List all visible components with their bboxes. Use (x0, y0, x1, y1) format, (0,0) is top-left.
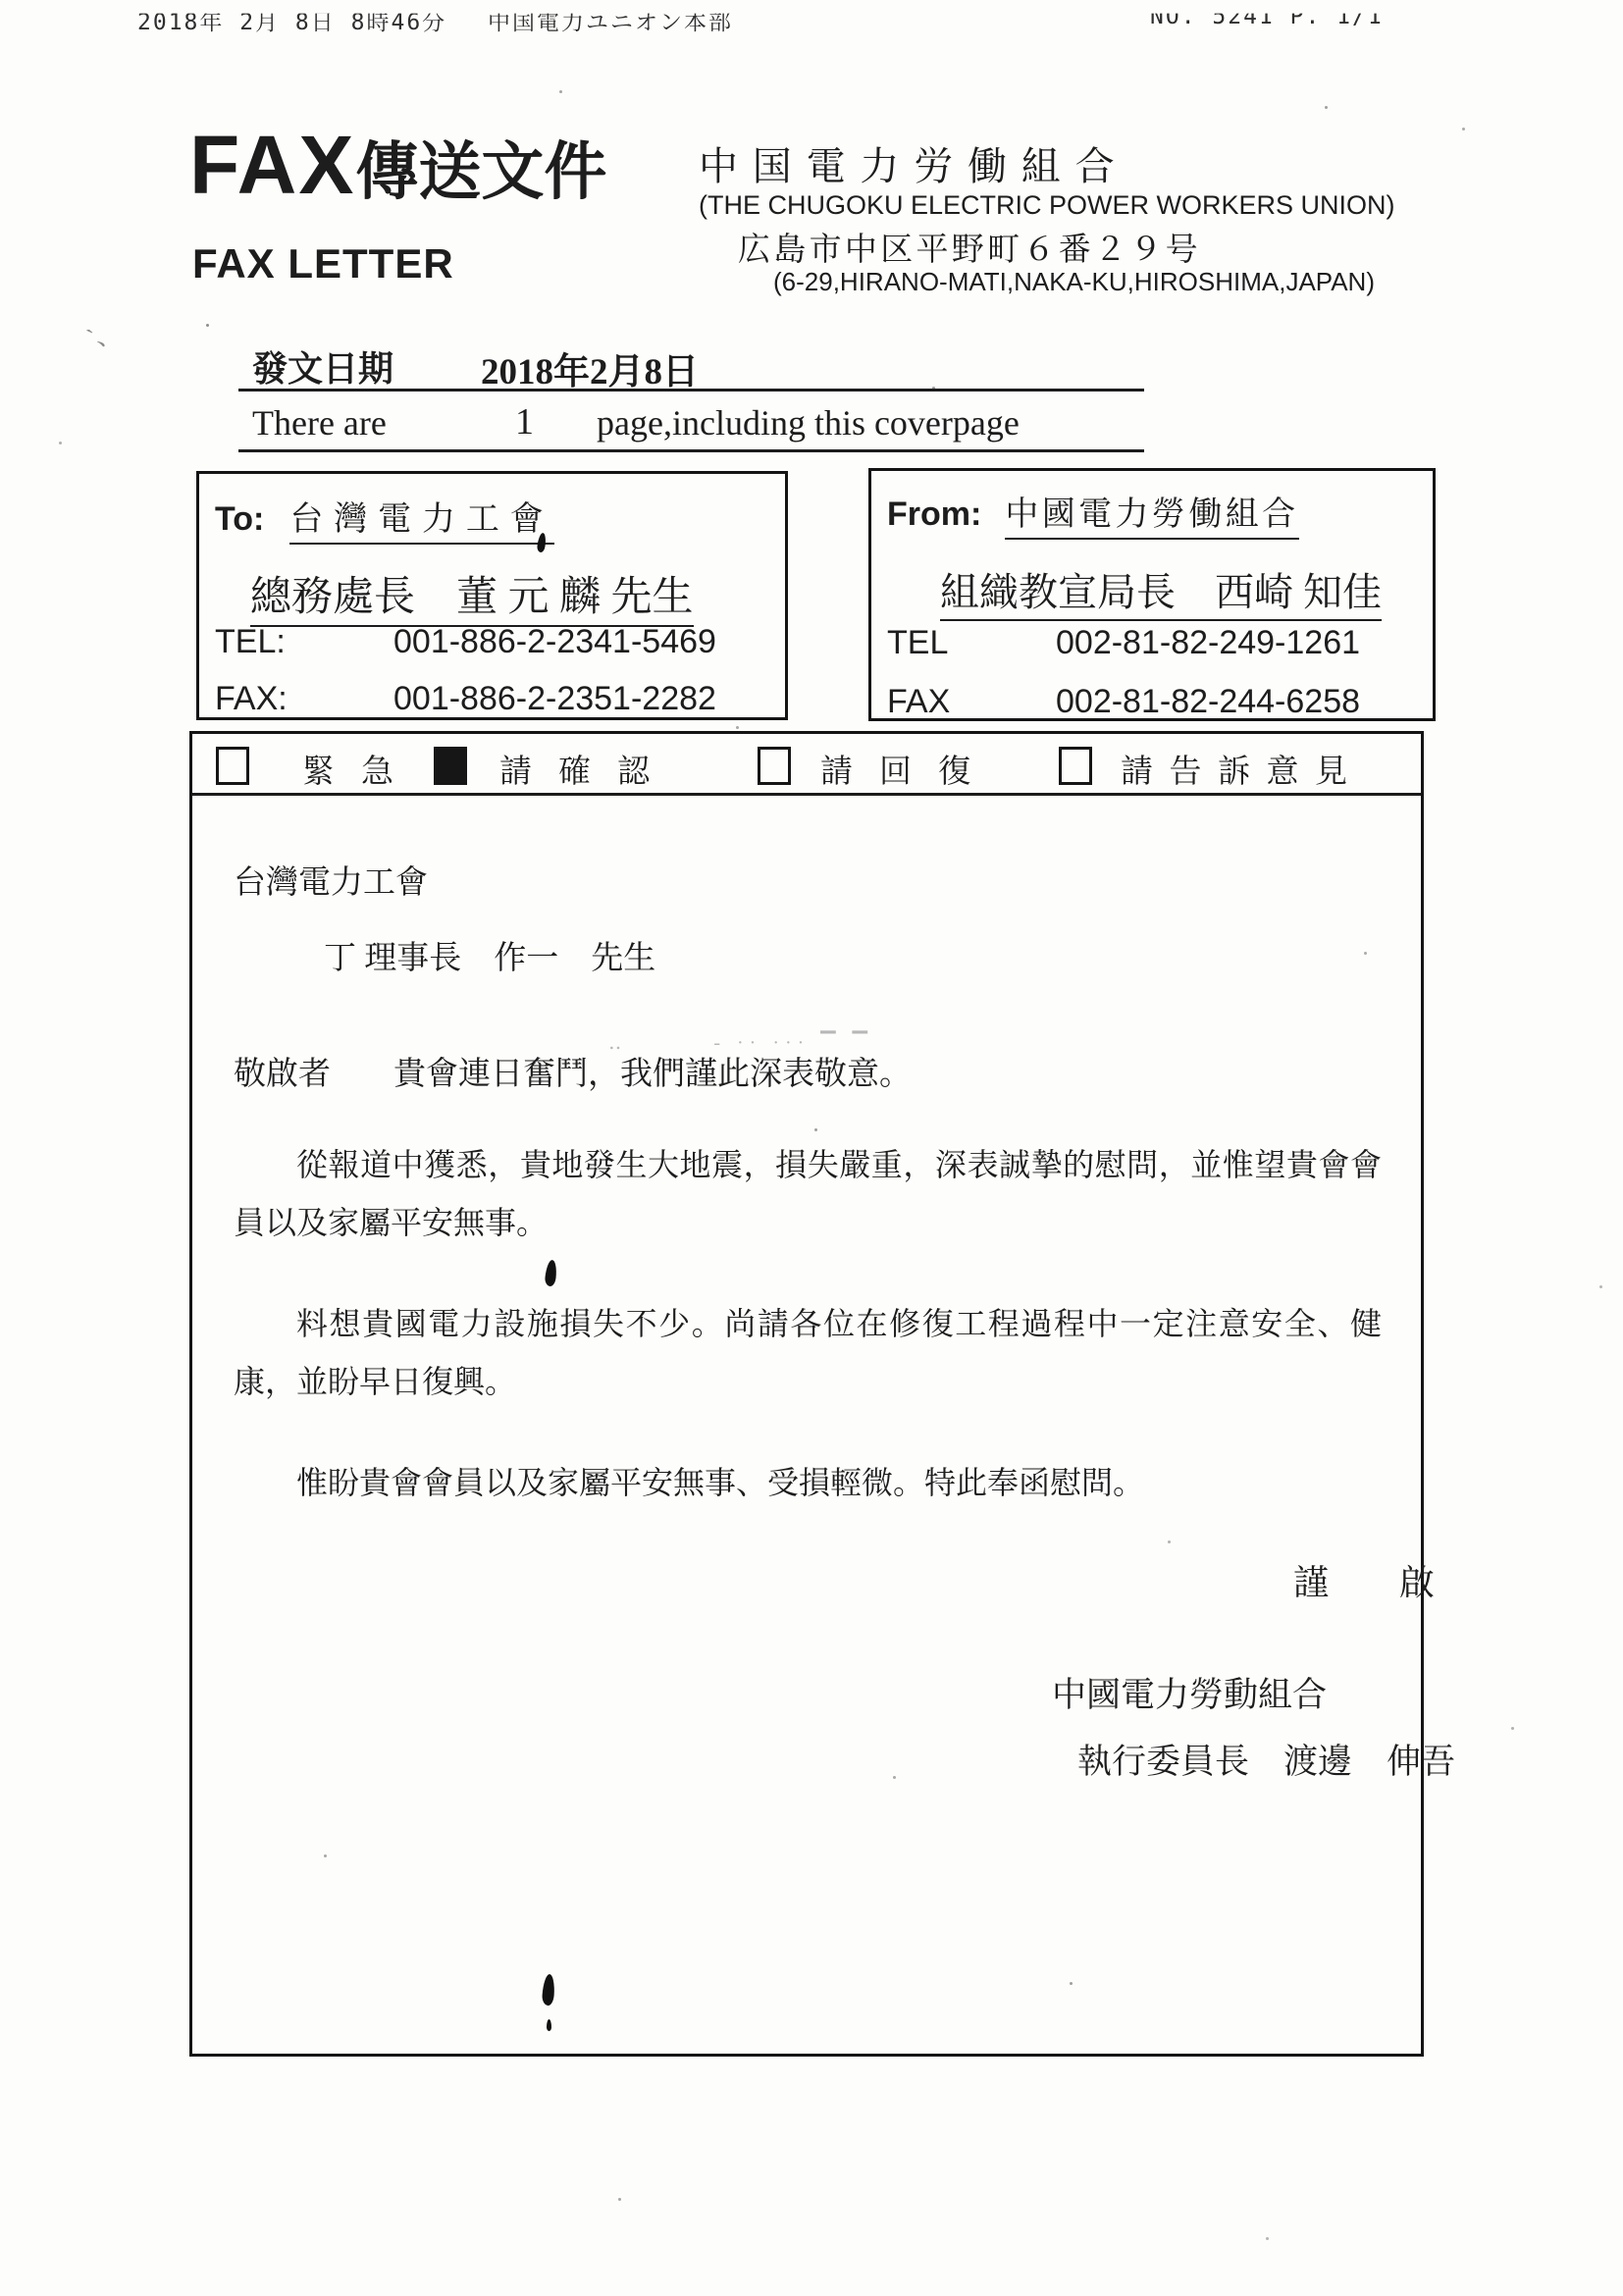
from-box: From:中國電力勞働組合 組織教宣局長 西崎 知佳 TEL 002-81-82… (868, 468, 1436, 721)
scan-noise-speckles (206, 324, 209, 327)
to-label: To: (215, 500, 264, 538)
to-box: To:台灣電力工會 總務處長 董 元 麟 先生 TEL: 001-886-2-2… (196, 471, 788, 720)
page-count-prefix: There are (252, 402, 387, 444)
from-org: 中國電力勞働組合 (1005, 496, 1298, 540)
signature-person: 執行委員長 渡邊 伸吾 (1077, 1735, 1455, 1784)
transmission-page-number: NO. 5241 P. 1/1 (1150, 4, 1384, 29)
checkbox-please-give-opinion (1059, 747, 1092, 785)
checkbox-please-give-opinion-label: 請告訴意見 (1121, 746, 1364, 792)
to-org: 台灣電力工會 (289, 501, 553, 545)
to-tel-value: 001-886-2-2341-5469 (393, 623, 716, 661)
checkbox-urgent (216, 747, 249, 785)
sent-date-value: 2018年2月8日 (481, 341, 699, 394)
org-name: 中国電力労働組合 (699, 135, 1128, 191)
checkbox-please-reply-label: 請回復 (820, 746, 997, 792)
from-fax-value: 002-81-82-244-6258 (1056, 683, 1360, 721)
from-tel-value: 002-81-82-249-1261 (1056, 624, 1360, 662)
page-count-value: 1 (515, 400, 534, 444)
from-fax-label: FAX (887, 683, 950, 721)
addressee-org: 台灣電力工會 (234, 857, 428, 903)
salutation: 敬啟者 (234, 1057, 331, 1092)
fax-title: FAX傳送文件 (189, 118, 606, 213)
to-person: 總務處長 董 元 麟 先生 (250, 575, 694, 627)
fax-subtitle: FAX LETTER (192, 240, 454, 287)
fax-page: { "transmission": { "datetime": "2018年 2… (0, 0, 1623, 2296)
fax-title-en: FAX (189, 119, 355, 211)
fax-transmission-header: 2018年 2月 8日 8時46分 中国電力ユニオン本部 NO. 5241 P.… (0, 4, 1623, 33)
to-org-row: To:台灣電力工會 (215, 492, 554, 540)
closing-phrase: 謹 啟 (1293, 1555, 1452, 1605)
from-person-row: 組織教宣局長 西崎 知佳 (940, 561, 1382, 617)
transmission-sender: 中国電力ユニオン本部 (488, 4, 733, 36)
checkbox-please-confirm (434, 747, 467, 785)
checkbox-please-confirm-label: 請確認 (499, 746, 676, 792)
page-count-row: There are 1 page,including this coverpag… (238, 400, 1144, 452)
to-tel-label: TEL: (215, 623, 286, 661)
pen-stray-mark: `、 (83, 313, 125, 355)
org-address-en: (6-29,HIRANO-MATI,NAKA-KU,HIROSHIMA,JAPA… (773, 267, 1375, 297)
fax-title-cjk: 傳送文件 (355, 136, 606, 207)
from-tel-label: TEL (887, 624, 948, 662)
org-name-en: (THE CHUGOKU ELECTRIC POWER WORKERS UNIO… (699, 190, 1395, 221)
from-label: From: (887, 496, 981, 533)
from-person: 組織教宣局長 西崎 知佳 (940, 570, 1382, 621)
to-person-row: 總務處長 董 元 麟 先生 (250, 564, 694, 623)
from-org-row: From:中國電力勞働組合 (887, 487, 1299, 535)
checkbox-please-reply (758, 747, 791, 785)
opening-sentence: 貴會連日奮鬥，我們謹此深表敬意。 (393, 1057, 912, 1092)
page-count-suffix: page,including this coverpage (597, 402, 1020, 444)
transmission-datetime: 2018年 2月 8日 8時46分 (137, 4, 446, 36)
salutation-row: 敬啟者貴會連日奮鬥，我們謹此深表敬意。 (234, 1048, 912, 1094)
sent-date-label: 發文日期 (252, 341, 393, 391)
addressee-person: 丁 理事長 作一 先生 (324, 932, 655, 978)
signature-org: 中國電力勞動組合 (1052, 1668, 1327, 1717)
option-checkbox-row: 緊急 請確認 請回復 請告訴意見 (192, 734, 1421, 796)
sent-date-row: 發文日期 2018年2月8日 (238, 341, 1144, 391)
paragraph-closing-condolence: 惟盼貴會會員以及家屬平安無事、受損輕微。特此奉函慰問。 (234, 1454, 1382, 1512)
checkbox-urgent-label: 緊急 (302, 746, 420, 792)
org-address: 広島市中区平野町６番２９号 (738, 224, 1201, 270)
to-fax-label: FAX: (215, 680, 288, 718)
ink-dot (547, 2019, 551, 2031)
paragraph-recovery-wishes: 料想貴國電力設施損失不少。尚請各位在修復工程過程中一定注意安全、健康，並盼早日復… (234, 1295, 1382, 1411)
paragraph-earthquake-condolence: 從報道中獲悉，貴地發生大地震，損失嚴重，深表誠摯的慰問，並惟望貴會會員以及家屬平… (234, 1136, 1382, 1252)
to-fax-value: 001-886-2-2351-2282 (393, 680, 716, 718)
